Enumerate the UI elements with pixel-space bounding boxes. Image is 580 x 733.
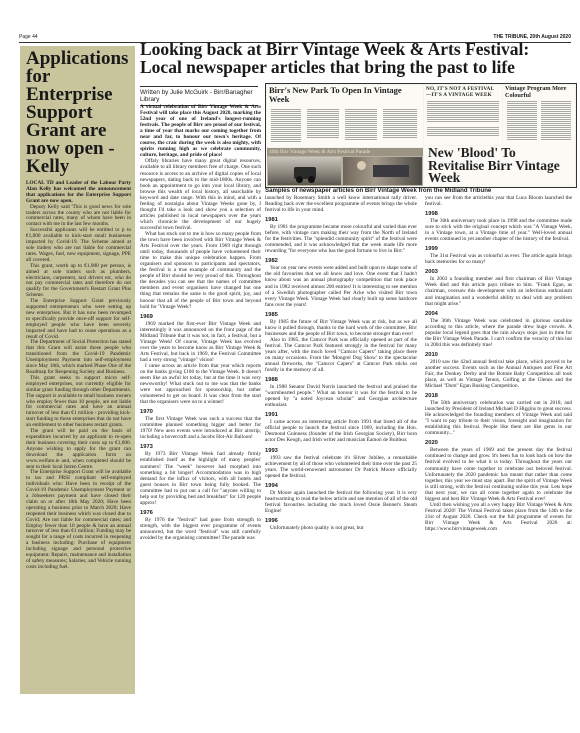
sidebar-body: LOCAL TD and Leader of the Labour Party … xyxy=(26,181,131,571)
clipping-vintage-program: Vintage Program More Colourful xyxy=(503,85,575,147)
article-paragraph: By 1985 the future of Birr Vintage Week … xyxy=(265,319,417,337)
sidebar-paragraph: The grant will be paid on the basis of e… xyxy=(26,429,131,470)
year-subheading: 2010 xyxy=(425,352,572,359)
article-paragraph: Until then wishing you all a very happy … xyxy=(425,502,572,532)
article-paragraph: By 1973 Birr Vintage Week had already fi… xyxy=(140,451,261,505)
article-paragraph: launched by Rosemary Smith a well know i… xyxy=(265,195,417,213)
article-paragraph: I came across an article from that year … xyxy=(140,363,261,405)
article-paragraph: you can see from the articlethis year th… xyxy=(425,195,572,207)
clipping-parade-photos: 40th Birr Vintage Week & Arts Festival P… xyxy=(267,148,423,186)
sidebar-paragraph: This grant seeks to support micro self-e… xyxy=(26,376,131,429)
sidebar-paragraph: The Department of Social Protection has … xyxy=(26,340,131,375)
article-paragraph: What has stuck out to me is how so many … xyxy=(140,231,261,310)
article-paragraph: Between the years of 1969 and the presen… xyxy=(425,447,572,501)
year-subheading: 1996 xyxy=(265,518,417,525)
article-paragraph: The 50th anniversary celebration was car… xyxy=(425,400,572,436)
clipping-title: —IT'S A VINTAGE WEEK xyxy=(426,92,492,98)
clipping-title: Birr's New Park To Open In Vintage Week xyxy=(267,85,423,105)
sidebar-paragraph: Deputy Kelly said 'This is good news for… xyxy=(26,205,131,229)
article-paragraph: The 36th Vintage Week was celebrated in … xyxy=(425,318,572,348)
article-column-2: launched by Rosemary Smith a well know i… xyxy=(265,195,417,531)
clipping-title: 40th Birr Vintage Week & Arts Festival P… xyxy=(267,148,423,156)
article-column-3: you can see from the articlethis year th… xyxy=(425,195,572,532)
article-paragraph: By 1981 the programme became more colour… xyxy=(265,224,417,254)
clipping-new-park: Birr's New Park To Open In Vintage Week xyxy=(267,85,423,147)
article-paragraph: By 1976 the "festival" had gone from str… xyxy=(140,517,261,541)
article-column-1: A virtual celebration of Birr Vintage We… xyxy=(140,104,261,541)
sidebar-article: Applications for Enterprise Support Gran… xyxy=(20,46,135,694)
year-subheading: 1976 xyxy=(140,510,261,517)
article-paragraph: The first Vintage Week was such a succes… xyxy=(140,416,261,440)
article-paragraph: In 2003 a founding member and first chai… xyxy=(425,276,572,306)
article-paragraph: In 1988 Senator David Norris launched th… xyxy=(265,384,417,408)
sidebar-paragraph: The Enterprise Support Grant will be ava… xyxy=(26,470,131,570)
year-subheading: 1985 xyxy=(265,312,417,319)
newspaper-clippings-collage: Birr's New Park To Open In Vintage Week … xyxy=(265,83,577,188)
clipping-new-blood: New 'Blood' To Revitalise Birr Vintage W… xyxy=(424,146,575,186)
article-paragraph: The 31st Festival was as colourful as ev… xyxy=(425,253,572,265)
article-paragraph: 2010 saw the 42nd annual festival take p… xyxy=(425,359,572,389)
year-subheading: 2004 xyxy=(425,311,572,318)
clipping-title: New 'Blood' To Revitalise Birr Vintage W… xyxy=(424,146,575,186)
sidebar-paragraph: The Enterprise Support Grant previously … xyxy=(26,299,131,340)
article-paragraph: Unfortunately photo quality is not great… xyxy=(265,525,417,531)
year-subheading: 1994 xyxy=(265,483,417,490)
article-paragraph: A virtual celebration of Birr Vintage We… xyxy=(140,104,261,158)
year-subheading: 1969 xyxy=(140,314,261,321)
year-subheading: 1998 xyxy=(425,211,572,218)
article-paragraph: 1993 saw the festival celebrate it's Sil… xyxy=(265,455,417,479)
article-paragraph: 1969 marked the first-ever Birr Vintage … xyxy=(140,321,261,363)
headline-line-1: Looking back at Birr Vintage Week & Arts… xyxy=(140,40,580,58)
year-subheading: 1993 xyxy=(265,448,417,455)
article-paragraph: Offaly libraries have many great digital… xyxy=(140,158,261,231)
image-caption: Samples of newspaper articles on Birr Vi… xyxy=(265,187,575,194)
article-paragraph: Also in 1985, the Camcor Park was offici… xyxy=(265,337,417,373)
headline-line-2: Local newspaper articles that bring the … xyxy=(140,58,580,76)
main-headline: Looking back at Birr Vintage Week & Arts… xyxy=(140,40,580,76)
sidebar-title: Applications for Enterprise Support Gran… xyxy=(26,50,131,176)
article-paragraph: The 30th anniversary took place in 1998 … xyxy=(425,218,572,242)
sidebar-paragraph: LOCAL TD and Leader of the Labour Party … xyxy=(26,181,131,205)
vintage-car-photo xyxy=(268,157,341,185)
byline: Written by Julie McGuirk - Birr/Banagher… xyxy=(140,86,258,106)
clipping-title: Vintage Program More Colourful xyxy=(503,85,575,100)
sidebar-paragraph: This grant, worth up to €1,000 per perso… xyxy=(26,264,131,299)
clipping-not-a-festival: NO, IT'S NOT A FESTIVAL—IT'S A VINTAGE W… xyxy=(424,85,502,145)
sidebar-paragraph: Successful applicants will be entitled t… xyxy=(26,228,131,263)
article-paragraph: Dr Moore again launched the festival the… xyxy=(265,490,417,514)
parade-crowd-photo xyxy=(343,157,422,185)
article-paragraph: Year on year new events were added and b… xyxy=(265,265,417,307)
article-paragraph: I came across an interesting article fro… xyxy=(265,419,417,443)
page-number: Page 44 xyxy=(19,34,38,40)
year-subheading: 2018 xyxy=(425,393,572,400)
